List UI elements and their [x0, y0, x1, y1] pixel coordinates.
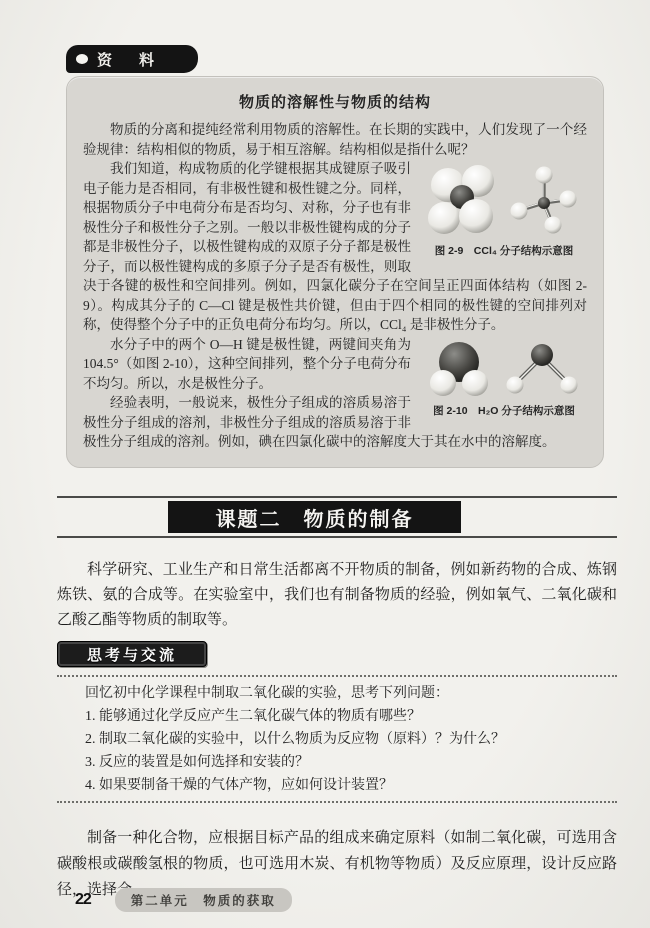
ccl4-spacefill-model: [424, 161, 500, 241]
page-number: 22: [75, 891, 91, 909]
bullet-dot-icon: [76, 54, 88, 64]
resource-box-title: 物质的溶解性与物质的结构: [83, 91, 587, 112]
questions-intro: 回忆初中化学课程中制取二氧化碳的实验，思考下列问题：: [57, 682, 617, 705]
textbook-page: 资 料 物质的溶解性与物质的结构 物质的分离和提纯经常利用物质的溶解性。在长期的…: [0, 0, 650, 928]
ccl4-models: [421, 161, 587, 241]
ccl4-ballstick-model: [504, 161, 584, 241]
banner-rule-bottom: [57, 536, 617, 538]
h2o-spacefill-model: [424, 337, 496, 401]
lesson-intro-paragraph: 科学研究、工业生产和日常生活都离不开物质的制备，例如新药物的合成、炼钢炼铁、氨的…: [57, 558, 617, 633]
resource-box: 物质的溶解性与物质的结构 物质的分离和提纯经常利用物质的溶解性。在长期的实践中，…: [66, 76, 604, 468]
lesson-banner: 课题二 物质的制备: [57, 496, 617, 538]
question-item: 4. 如果要制备干燥的气体产物，应如何设计装置？: [57, 774, 617, 797]
think-exchange-badge: 思考与交流: [57, 641, 207, 667]
banner-rule-top: [57, 496, 617, 498]
page-footer: 22 第二单元 物质的获取: [75, 888, 292, 912]
question-item: 2. 制取二氧化碳的实验中，以什么物质为反应物（原料）？为什么？: [57, 728, 617, 751]
figure-ccl4: 图 2-9 CCl₄ 分子结构示意图: [421, 161, 587, 258]
resource-paragraph: 物质的分离和提纯经常利用物质的溶解性。在长期的实践中，人们发现了一个经验规律：结…: [83, 120, 587, 159]
figure-h2o-caption: 图 2-10 H₂O 分子结构示意图: [421, 403, 587, 418]
resource-badge-label: 资 料: [97, 49, 160, 70]
dotted-divider-top: [57, 675, 617, 677]
lesson-title: 课题二 物质的制备: [168, 501, 461, 533]
h2o-ballstick-model: [500, 338, 584, 400]
question-item: 3. 反应的装置是如何选择和安装的？: [57, 751, 617, 774]
figure-h2o: 图 2-10 H₂O 分子结构示意图: [421, 337, 587, 418]
h2o-models: [421, 337, 587, 401]
figure-ccl4-caption: 图 2-9 CCl₄ 分子结构示意图: [421, 243, 587, 258]
unit-label-pill: 第二单元 物质的获取: [115, 888, 292, 912]
question-item: 1. 能够通过化学反应产生二氧化碳气体的物质有哪些？: [57, 705, 617, 728]
resource-section-badge: 资 料: [66, 45, 198, 73]
think-exchange-questions: 回忆初中化学课程中制取二氧化碳的实验，思考下列问题： 1. 能够通过化学反应产生…: [57, 682, 617, 797]
dotted-divider-bottom: [57, 801, 617, 803]
